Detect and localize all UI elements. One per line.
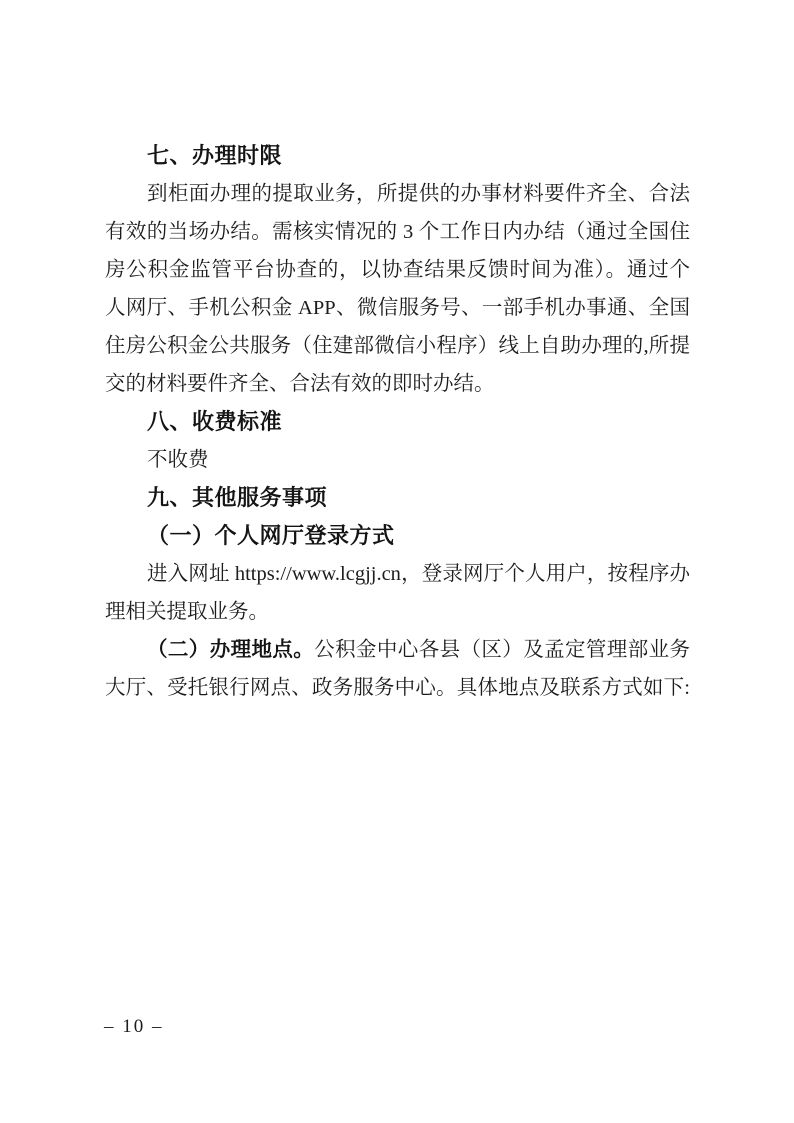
paragraph-processing-time-line-5: 住房公积金公共服务（住建部微信小程序）线上自助办理的,所提 xyxy=(105,327,690,365)
heading-other-services: 九、其他服务事项 xyxy=(105,479,690,517)
location-text-run: 公积金中心各县（区）及孟定管理部业务 xyxy=(314,639,690,661)
paragraph-fee-standard: 不收费 xyxy=(105,441,690,479)
document-body: 七、办理时限 /* placeholder removed below via … xyxy=(105,137,690,707)
heading-processing-time: 七、办理时限 xyxy=(105,137,690,175)
heading-fee-standard: 八、收费标准 xyxy=(105,403,690,441)
paragraph-processing-time-line-2: 有效的当场办结。需核实情况的 3 个工作日内办结（通过全国住 xyxy=(105,213,690,251)
heading-login-method: （一）个人网厅登录方式 xyxy=(105,517,690,555)
paragraph-processing-time-line-4: 人网厅、手机公积金 APP、微信服务号、一部手机办事通、全国 xyxy=(105,289,690,327)
paragraph-processing-time-line-6: 交的材料要件齐全、合法有效的即时办结。 xyxy=(105,365,690,403)
paragraph-processing-time-line-3: 房公积金监管平台协查的，以协查结果反馈时间为准）。通过个 xyxy=(105,251,690,289)
paragraph-processing-time-line-1: 到柜面办理的提取业务，所提供的办事材料要件齐全、合法 xyxy=(105,175,690,213)
document-page: 七、办理时限 /* placeholder removed below via … xyxy=(0,0,794,1123)
paragraph-location-line-1: （二）办理地点。公积金中心各县（区）及孟定管理部业务 xyxy=(105,631,690,669)
page-number: – 10 – xyxy=(104,1016,164,1038)
paragraph-login-method-line-2: 理相关提取业务。 xyxy=(105,593,690,631)
paragraph-login-method-line-1: 进入网址 https://www.lcgjj.cn，登录网厅个人用户，按程序办 xyxy=(105,555,690,593)
paragraph-location-line-2: 大厅、受托银行网点、政务服务中心。具体地点及联系方式如下: xyxy=(105,669,690,707)
location-heading-inline: （二）办理地点。 xyxy=(147,638,314,661)
